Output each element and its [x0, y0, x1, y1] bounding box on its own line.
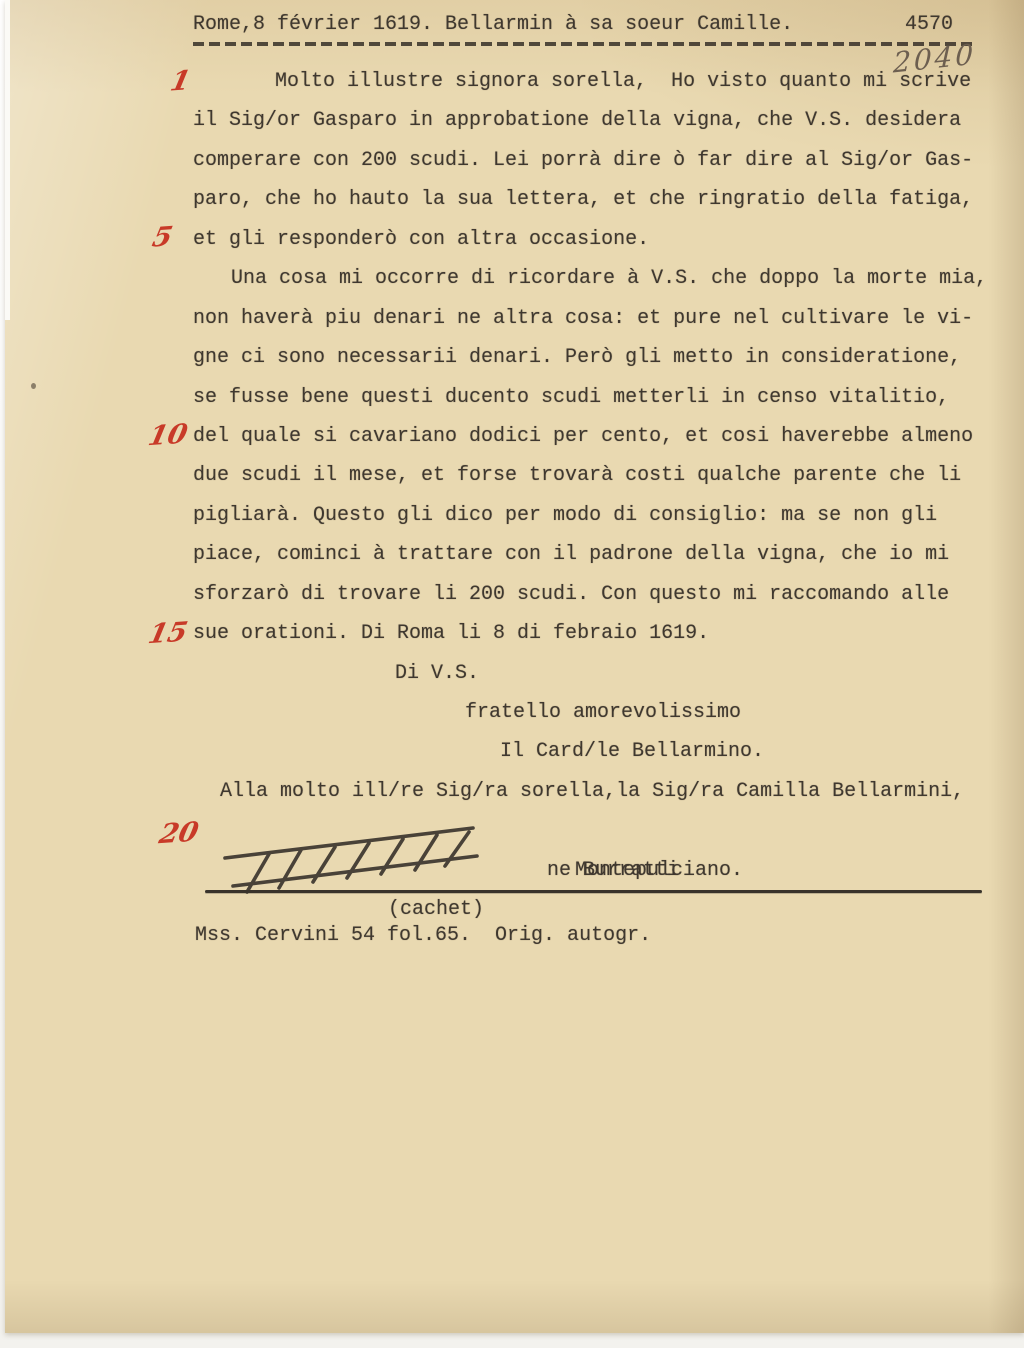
margin-line-number-1: 1: [167, 65, 193, 97]
paper-edge: [5, 0, 10, 320]
body-line: due scudi il mese, et forse trovarà cost…: [193, 456, 1005, 495]
margin-line-number-10: 10: [145, 419, 190, 453]
margin-line-number-15: 15: [145, 617, 190, 651]
letter-body: Molto illustre signora sorella, Ho visto…: [193, 62, 1005, 890]
address-separator-rule: [205, 890, 982, 893]
body-line: sue orationi. Di Roma li 8 di febraio 16…: [193, 614, 1005, 653]
body-line: Una cosa mi occorre di ricordare à V.S. …: [193, 259, 1005, 298]
body-line: del quale si cavariano dodici per cento,…: [193, 417, 1005, 456]
letter-page: Rome,8 février 1619. Bellarmin à sa soeu…: [5, 0, 1024, 1333]
header-underline-dashes: [193, 42, 972, 46]
document-number: 4570: [905, 13, 953, 36]
header-title: Rome,8 février 1619. Bellarmin à sa soeu…: [193, 13, 793, 36]
body-line: sforzarò di trovare li 200 scudi. Con qu…: [193, 575, 1005, 614]
body-line: comperare con 200 scudi. Lei porrà dire …: [193, 141, 1005, 180]
margin-line-number-5: 5: [149, 221, 175, 253]
diagonal-hatch-sketch-icon: [217, 818, 492, 900]
body-line: gne ci sono necessarii denari. Però gli …: [193, 338, 1005, 377]
body-line: et gli responderò con altra occasione.: [193, 220, 1005, 259]
body-line: piace, cominci à trattare con il padrone…: [193, 535, 1005, 574]
manuscript-reference: Mss. Cervini 54 fol.65. Orig. autogr.: [195, 922, 651, 950]
body-line: se fusse bene questi ducento scudi mette…: [193, 378, 1005, 417]
closing-salutation: Di V.S.: [193, 654, 1005, 693]
paper-speck: [31, 383, 36, 389]
body-line: pigliarà. Questo gli dico per modo di co…: [193, 496, 1005, 535]
closing-signature: Il Card/le Bellarmino.: [193, 732, 1005, 771]
header: Rome,8 février 1619. Bellarmin à sa soeu…: [193, 13, 953, 36]
body-line: non haverà piu denari ne altra cosa: et …: [193, 299, 1005, 338]
body-line: il Sig/or Gasparo in approbatione della …: [193, 101, 1005, 140]
body-line: Molto illustre signora sorella, Ho visto…: [193, 62, 1005, 101]
address-line: Alla molto ill/re Sig/ra sorella,la Sig/…: [193, 772, 1005, 811]
body-line: paro, che ho hauto la sua lettera, et ch…: [193, 180, 1005, 219]
closing-relation: fratello amorevolissimo: [193, 693, 1005, 732]
